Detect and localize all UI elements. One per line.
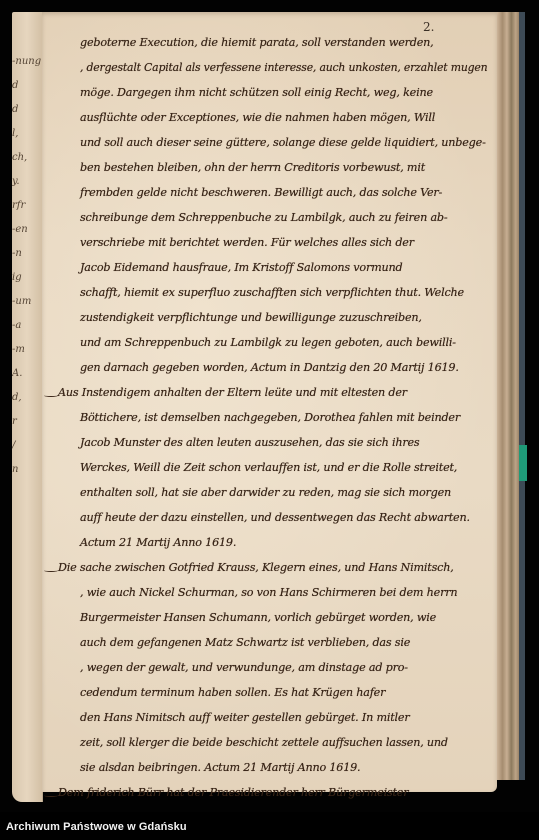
manuscript-line: ausflüchte oder Exceptiones, wie die nah… [80, 111, 435, 124]
facing-page-text-fragment: / [12, 440, 42, 451]
manuscript-line: cedendum terminum haben sollen. Es hat K… [80, 686, 385, 699]
manuscript-line-paragraph-start: Dem friderich Bürr hat der Praesidierend… [58, 786, 408, 799]
manuscript-line: enthalten soll, hat sie aber darwider zu… [80, 486, 451, 499]
bookmark-tab [519, 445, 527, 481]
book-fore-edge [497, 12, 519, 780]
facing-page-text-fragment: l, [12, 128, 42, 139]
manuscript-line: Jacob Eidemand hausfraue, Im Kristoff Sa… [80, 261, 402, 274]
manuscript-line-paragraph-start: Die sache zwischen Gotfried Krauss, Kleg… [58, 561, 454, 574]
facing-page-text-fragment: -m [12, 344, 42, 355]
manuscript-line: auch dem gefangenen Matz Schwartz ist ve… [80, 636, 410, 649]
facing-page-text-fragment: A. [12, 368, 42, 379]
facing-page-text-fragment: d [12, 80, 42, 91]
manuscript-line: und am Schreppenbuch zu Lambilgk zu lege… [80, 336, 456, 349]
manuscript-line: schafft, hiemit ex superfluo zuschafften… [80, 286, 464, 299]
facing-page-text-fragment: d, [12, 392, 42, 403]
facing-page-text-fragment: -a [12, 320, 42, 331]
manuscript-line: geboterne Execution, die hiemit parata, … [80, 36, 434, 49]
archive-credit: Archiwum Państwowe w Gdańsku [6, 821, 187, 833]
facing-page-text-fragment: n [12, 464, 42, 475]
facing-page-text-fragment: -nung [12, 56, 42, 67]
manuscript-line: gen darnach gegeben worden, Actum in Dan… [80, 361, 459, 374]
facing-page-text-fragment: y. [12, 176, 42, 187]
manuscript-line: Jacob Munster des alten leuten auszusehe… [80, 436, 419, 449]
manuscript-line: zeit, soll klerger die beide beschicht z… [80, 736, 448, 749]
manuscript-line: Böttichere, ist demselben nachgegeben, D… [80, 411, 460, 424]
manuscript-line: den Hans Nimitsch auff weiter gestellen … [80, 711, 409, 724]
facing-page-text-fragment: rfr [12, 200, 42, 211]
manuscript-line: , dergestalt Capital als verfessene inte… [80, 61, 487, 74]
manuscript-line-paragraph-start: Aus Instendigem anhalten der Eltern leüt… [58, 386, 407, 399]
manuscript-line: ben bestehen bleiben, ohn der herrn Cred… [80, 161, 425, 174]
manuscript-line: frembden gelde nicht beschweren. Bewilli… [80, 186, 442, 199]
manuscript-line: zustendigkeit verpflichtunge und bewilli… [80, 311, 422, 324]
manuscript-line: verschriebe mit berichtet werden. Für we… [80, 236, 414, 249]
manuscript-line: sie alsdan beibringen. Actum 21 Martij A… [80, 761, 360, 774]
manuscript-line: , wie auch Nickel Schurman, so von Hans … [80, 586, 457, 599]
manuscript-line: , wegen der gewalt, und verwundunge, am … [80, 661, 408, 674]
facing-page-text-fragment: -um [12, 296, 42, 307]
facing-page-text-fragment: r [12, 416, 42, 427]
manuscript-line: schreibunge dem Schreppenbuche zu Lambil… [80, 211, 447, 224]
facing-page-text-fragment: ig [12, 272, 42, 283]
manuscript-line: Actum 21 Martij Anno 1619. [80, 536, 236, 549]
page-number: 2. [423, 20, 434, 34]
facing-page-text-fragment: d [12, 104, 42, 115]
manuscript-line: und soll auch dieser seine güttere, sola… [80, 136, 486, 149]
manuscript-page [42, 12, 497, 792]
manuscript-line: möge. Dargegen ihm nicht schützen soll e… [80, 86, 433, 99]
manuscript-line: auff heute der dazu einstellen, und dess… [80, 511, 470, 524]
facing-page-text-fragment: -en [12, 224, 42, 235]
facing-page-text-fragment: ch, [12, 152, 42, 163]
facing-page-text-fragment: -n [12, 248, 42, 259]
facing-page-edge: -nungddl,ch,y.rfr-en-nig-um-a-mA.d,r/n [12, 12, 43, 802]
document-viewer: -nungddl,ch,y.rfr-en-nig-um-a-mA.d,r/n 2… [0, 0, 539, 812]
manuscript-line: Burgermeister Hansen Schumann, vorlich g… [80, 611, 436, 624]
manuscript-line: Werckes, Weill die Zeit schon verlauffen… [80, 461, 457, 474]
